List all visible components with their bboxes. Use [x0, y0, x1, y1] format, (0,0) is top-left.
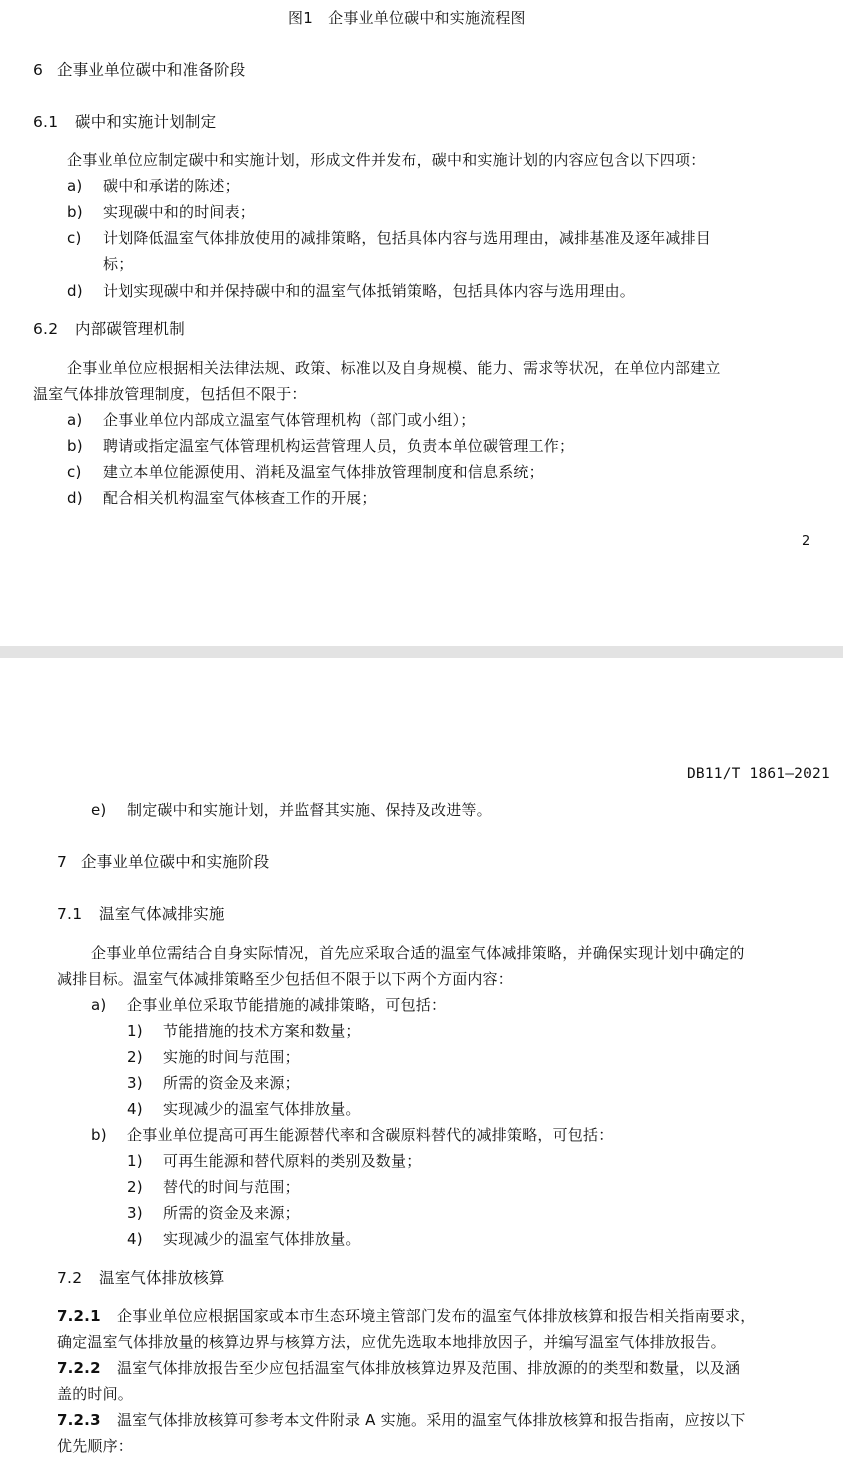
section-title: 碳中和实施计划制定 — [75, 113, 216, 131]
sub-list-label: 2) — [127, 1047, 163, 1067]
sub-list-item: 2)替代的时间与范围； — [127, 1177, 300, 1197]
sub-list-text: 实施的时间与范围； — [163, 1048, 300, 1066]
paragraph-line: 减排目标。温室气体减排策略至少包括但不限于以下两个方面内容： — [57, 969, 513, 989]
clause-text: 企事业单位应根据国家或本市生态环境主管部门发布的温室气体排放核算和报告相关指南要… — [117, 1307, 755, 1325]
section-number: 7 — [57, 852, 81, 872]
list-label: c) — [67, 228, 103, 248]
clause: 7.2.1企事业单位应根据国家或本市生态环境主管部门发布的温室气体排放核算和报告… — [57, 1306, 755, 1326]
section-6-heading: 6企事业单位碳中和准备阶段 — [33, 60, 245, 80]
section-6-1-heading: 6.1碳中和实施计划制定 — [33, 112, 216, 132]
paragraph-line: 企事业单位需结合自身实际情况，首先应采取合适的温室气体减排策略，并确保实现计划中… — [91, 943, 745, 963]
sub-list-item: 4)实现减少的温室气体排放量。 — [127, 1229, 361, 1249]
list-label: a) — [67, 176, 103, 196]
clause: 7.2.3温室气体排放核算可参考本文件附录 A 实施。采用的温室气体排放核算和报… — [57, 1410, 745, 1430]
section-7-2-heading: 7.2温室气体排放核算 — [57, 1268, 225, 1288]
clause-continuation: 确定温室气体排放量的核算边界与核算方法，应优先选取本地排放因子，并编写温室气体排… — [57, 1332, 726, 1352]
sub-list-label: 4) — [127, 1229, 163, 1249]
document-code-header: DB11/T 1861—2021 — [687, 764, 830, 784]
page-number: 2 — [802, 532, 810, 552]
list-label: c) — [67, 462, 103, 482]
section-title: 企事业单位碳中和准备阶段 — [57, 61, 245, 79]
list-label: d) — [67, 281, 103, 301]
list-item: b)实现碳中和的时间表； — [67, 202, 255, 222]
sub-list-item: 3)所需的资金及来源； — [127, 1073, 300, 1093]
list-item: d)配合相关机构温室气体核查工作的开展； — [67, 488, 377, 508]
list-item-continuation: 标； — [103, 254, 133, 274]
sub-list-label: 1) — [127, 1151, 163, 1171]
sub-list-label: 3) — [127, 1203, 163, 1223]
list-item: a)企事业单位内部成立温室气体管理机构（部门或小组）； — [67, 410, 476, 430]
list-item: c)建立本单位能源使用、消耗及温室气体排放管理制度和信息系统； — [67, 462, 544, 482]
sub-list-item: 4)实现减少的温室气体排放量。 — [127, 1099, 361, 1119]
section-title: 内部碳管理机制 — [75, 320, 185, 338]
list-item: b)聘请或指定温室气体管理机构运营管理人员，负责本单位碳管理工作； — [67, 436, 574, 456]
sub-list-text: 实现减少的温室气体排放量。 — [163, 1230, 361, 1248]
clause: 7.2.2温室气体排放报告至少应包括温室气体排放核算边界及范围、排放源的的类型和… — [57, 1358, 740, 1378]
sub-list-item: 1)可再生能源和替代原料的类别及数量； — [127, 1151, 421, 1171]
section-7-heading: 7企事业单位碳中和实施阶段 — [57, 852, 269, 872]
list-text: 计划降低温室气体排放使用的减排策略，包括具体内容与选用理由，减排基准及逐年减排目 — [103, 229, 711, 247]
sub-list-text: 所需的资金及来源； — [163, 1204, 300, 1222]
figure-caption: 图1 企事业单位碳中和实施流程图 — [288, 8, 526, 28]
sub-list-label: 4) — [127, 1099, 163, 1119]
list-text: 聘请或指定温室气体管理机构运营管理人员，负责本单位碳管理工作； — [103, 437, 574, 455]
sub-list-text: 节能措施的技术方案和数量； — [163, 1022, 361, 1040]
list-item: b)企事业单位提高可再生能源替代率和含碳原料替代的减排策略，可包括： — [91, 1125, 613, 1145]
list-label: d) — [67, 488, 103, 508]
clause-continuation: 盖的时间。 — [57, 1384, 133, 1404]
list-text: 企事业单位提高可再生能源替代率和含碳原料替代的减排策略，可包括： — [127, 1126, 613, 1144]
list-label: e) — [91, 800, 127, 820]
section-number: 7.1 — [57, 904, 99, 924]
clause-text: 温室气体排放核算可参考本文件附录 A 实施。采用的温室气体排放核算和报告指南，应… — [117, 1411, 745, 1429]
section-title: 企事业单位碳中和实施阶段 — [81, 853, 269, 871]
paragraph-line: 温室气体排放管理制度，包括但不限于： — [33, 384, 307, 404]
list-text: 实现碳中和的时间表； — [103, 203, 255, 221]
list-label: b) — [67, 436, 103, 456]
list-text: 计划实现碳中和并保持碳中和的温室气体抵销策略，包括具体内容与选用理由。 — [103, 282, 635, 300]
section-title: 温室气体排放核算 — [99, 1269, 225, 1287]
clause-number: 7.2.3 — [57, 1410, 117, 1430]
section-number: 6 — [33, 60, 57, 80]
clause-text: 温室气体排放报告至少应包括温室气体排放核算边界及范围、排放源的的类型和数量，以及… — [117, 1359, 740, 1377]
list-text: 企事业单位采取节能措施的减排策略，可包括： — [127, 996, 446, 1014]
paragraph: 企事业单位应制定碳中和实施计划，形成文件并发布，碳中和实施计划的内容应包含以下四… — [67, 150, 705, 170]
sub-list-label: 1) — [127, 1021, 163, 1041]
clause-number: 7.2.1 — [57, 1306, 117, 1326]
section-number: 6.2 — [33, 319, 75, 339]
sub-list-text: 所需的资金及来源； — [163, 1074, 300, 1092]
sub-list-text: 替代的时间与范围； — [163, 1178, 300, 1196]
section-title: 温室气体减排实施 — [99, 905, 225, 923]
list-text: 企事业单位内部成立温室气体管理机构（部门或小组）； — [103, 411, 476, 429]
list-text: 制定碳中和实施计划，并监督其实施、保持及改进等。 — [127, 801, 492, 819]
list-text: 建立本单位能源使用、消耗及温室气体排放管理制度和信息系统； — [103, 463, 544, 481]
list-item: a)企事业单位采取节能措施的减排策略，可包括： — [91, 995, 446, 1015]
list-item: c)计划降低温室气体排放使用的减排策略，包括具体内容与选用理由，减排基准及逐年减… — [67, 228, 711, 248]
list-item: a)碳中和承诺的陈述； — [67, 176, 240, 196]
page-separator — [0, 646, 843, 658]
list-item: e)制定碳中和实施计划，并监督其实施、保持及改进等。 — [91, 800, 492, 820]
list-label: a) — [91, 995, 127, 1015]
clause-number: 7.2.2 — [57, 1358, 117, 1378]
sub-list-item: 2)实施的时间与范围； — [127, 1047, 300, 1067]
sub-list-text: 实现减少的温室气体排放量。 — [163, 1100, 361, 1118]
list-text: 配合相关机构温室气体核查工作的开展； — [103, 489, 377, 507]
sub-list-label: 3) — [127, 1073, 163, 1093]
sub-list-item: 3)所需的资金及来源； — [127, 1203, 300, 1223]
clause-continuation: 优先顺序： — [57, 1436, 133, 1456]
list-text: 碳中和承诺的陈述； — [103, 177, 240, 195]
section-6-2-heading: 6.2内部碳管理机制 — [33, 319, 185, 339]
section-number: 7.2 — [57, 1268, 99, 1288]
list-label: a) — [67, 410, 103, 430]
list-item: d)计划实现碳中和并保持碳中和的温室气体抵销策略，包括具体内容与选用理由。 — [67, 281, 635, 301]
sub-list-text: 可再生能源和替代原料的类别及数量； — [163, 1152, 421, 1170]
sub-list-label: 2) — [127, 1177, 163, 1197]
section-7-1-heading: 7.1温室气体减排实施 — [57, 904, 225, 924]
list-label: b) — [67, 202, 103, 222]
sub-list-item: 1)节能措施的技术方案和数量； — [127, 1021, 361, 1041]
list-label: b) — [91, 1125, 127, 1145]
section-number: 6.1 — [33, 112, 75, 132]
paragraph-line: 企事业单位应根据相关法律法规、政策、标准以及自身规模、能力、需求等状况，在单位内… — [67, 358, 721, 378]
